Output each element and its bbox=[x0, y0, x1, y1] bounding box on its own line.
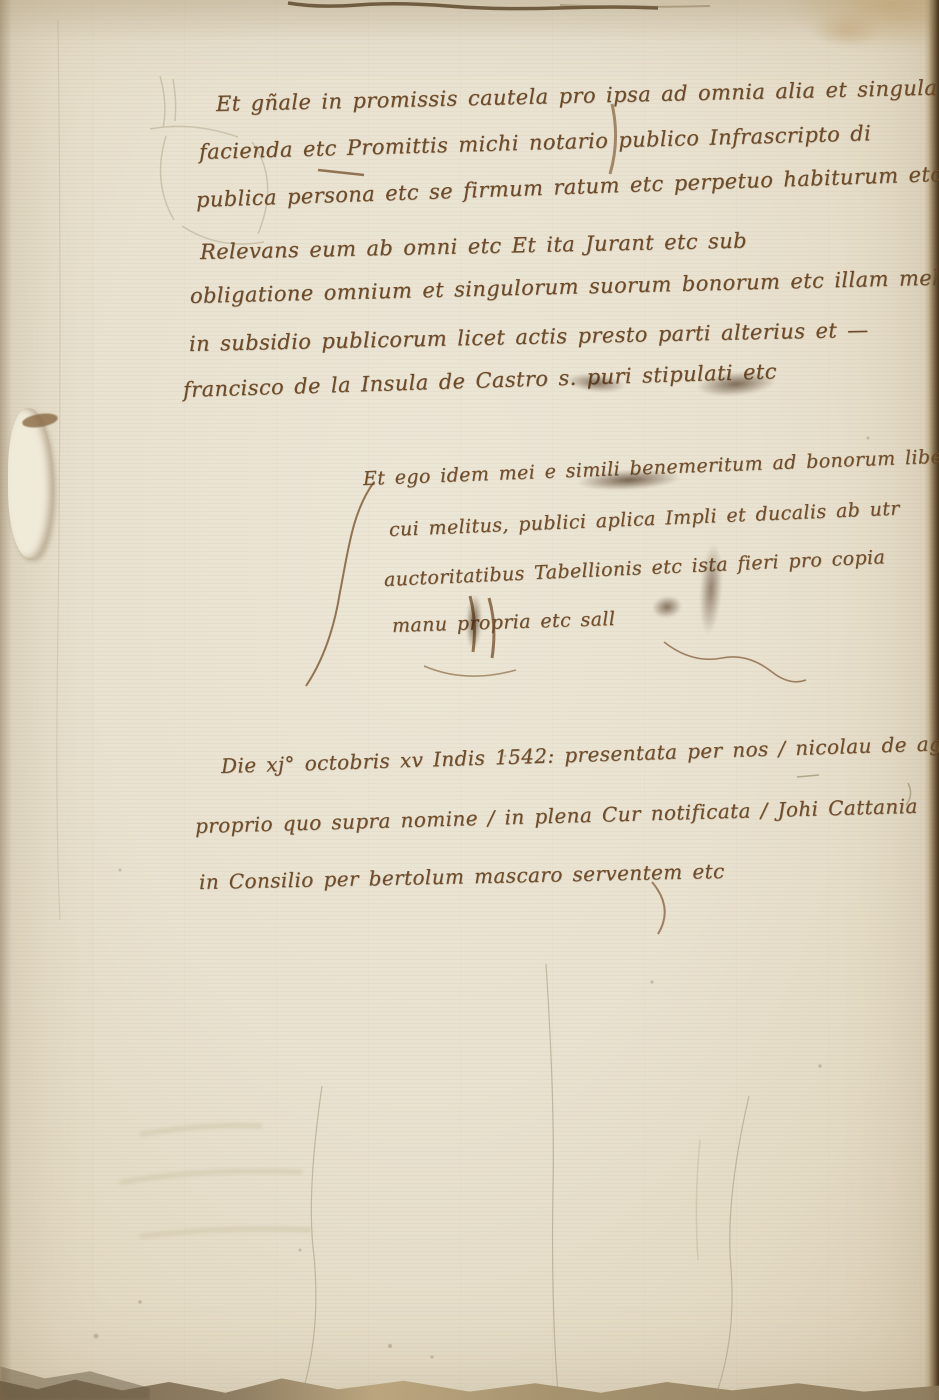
text-line: cui melitus, publici aplica Impli et duc… bbox=[389, 498, 901, 541]
text-line: Et gñale in promissis cautela pro ipsa a… bbox=[216, 76, 938, 116]
text-line: in Consilio per bertolum mascaro servent… bbox=[199, 859, 725, 894]
text-line: in subsidio publicorum licet actis prest… bbox=[189, 318, 869, 356]
decorative-strokes-layer bbox=[0, 0, 939, 1400]
ink-blot bbox=[465, 594, 483, 651]
text-line: auctoritatibus Tabellionis etc ista fier… bbox=[384, 546, 886, 591]
text-line: Die xj° octobris xv Indis 1542: presenta… bbox=[221, 729, 939, 778]
hairline-creases bbox=[57, 20, 749, 1394]
left-edge-tear bbox=[8, 408, 54, 558]
text-line: Relevans eum ab omni etc Et ita Jurant e… bbox=[200, 229, 747, 264]
bottom-left-dark-corner bbox=[0, 1352, 150, 1400]
top-right-stain-inner bbox=[812, 14, 882, 48]
text-line: francisco de la Insula de Castro s. puri… bbox=[183, 359, 778, 402]
manuscript-page: Et gñale in promissis cautela pro ipsa a… bbox=[0, 0, 939, 1400]
showthrough-text bbox=[122, 1126, 310, 1236]
ink-blot bbox=[650, 594, 683, 621]
text-line: manu propria etc sall bbox=[392, 608, 616, 637]
text-line: obligatione omnium et singulorum suorum … bbox=[190, 265, 939, 308]
right-page-edge bbox=[924, 0, 939, 1400]
left-page-edge bbox=[0, 0, 12, 1400]
text-line: publica persona etc se firmum ratum etc … bbox=[196, 162, 939, 212]
margin-marks bbox=[696, 775, 910, 1260]
text-line: proprio quo supra nomine / in plena Cur … bbox=[195, 794, 918, 838]
text-line: facienda etc Promittis michi notario pub… bbox=[199, 121, 872, 164]
